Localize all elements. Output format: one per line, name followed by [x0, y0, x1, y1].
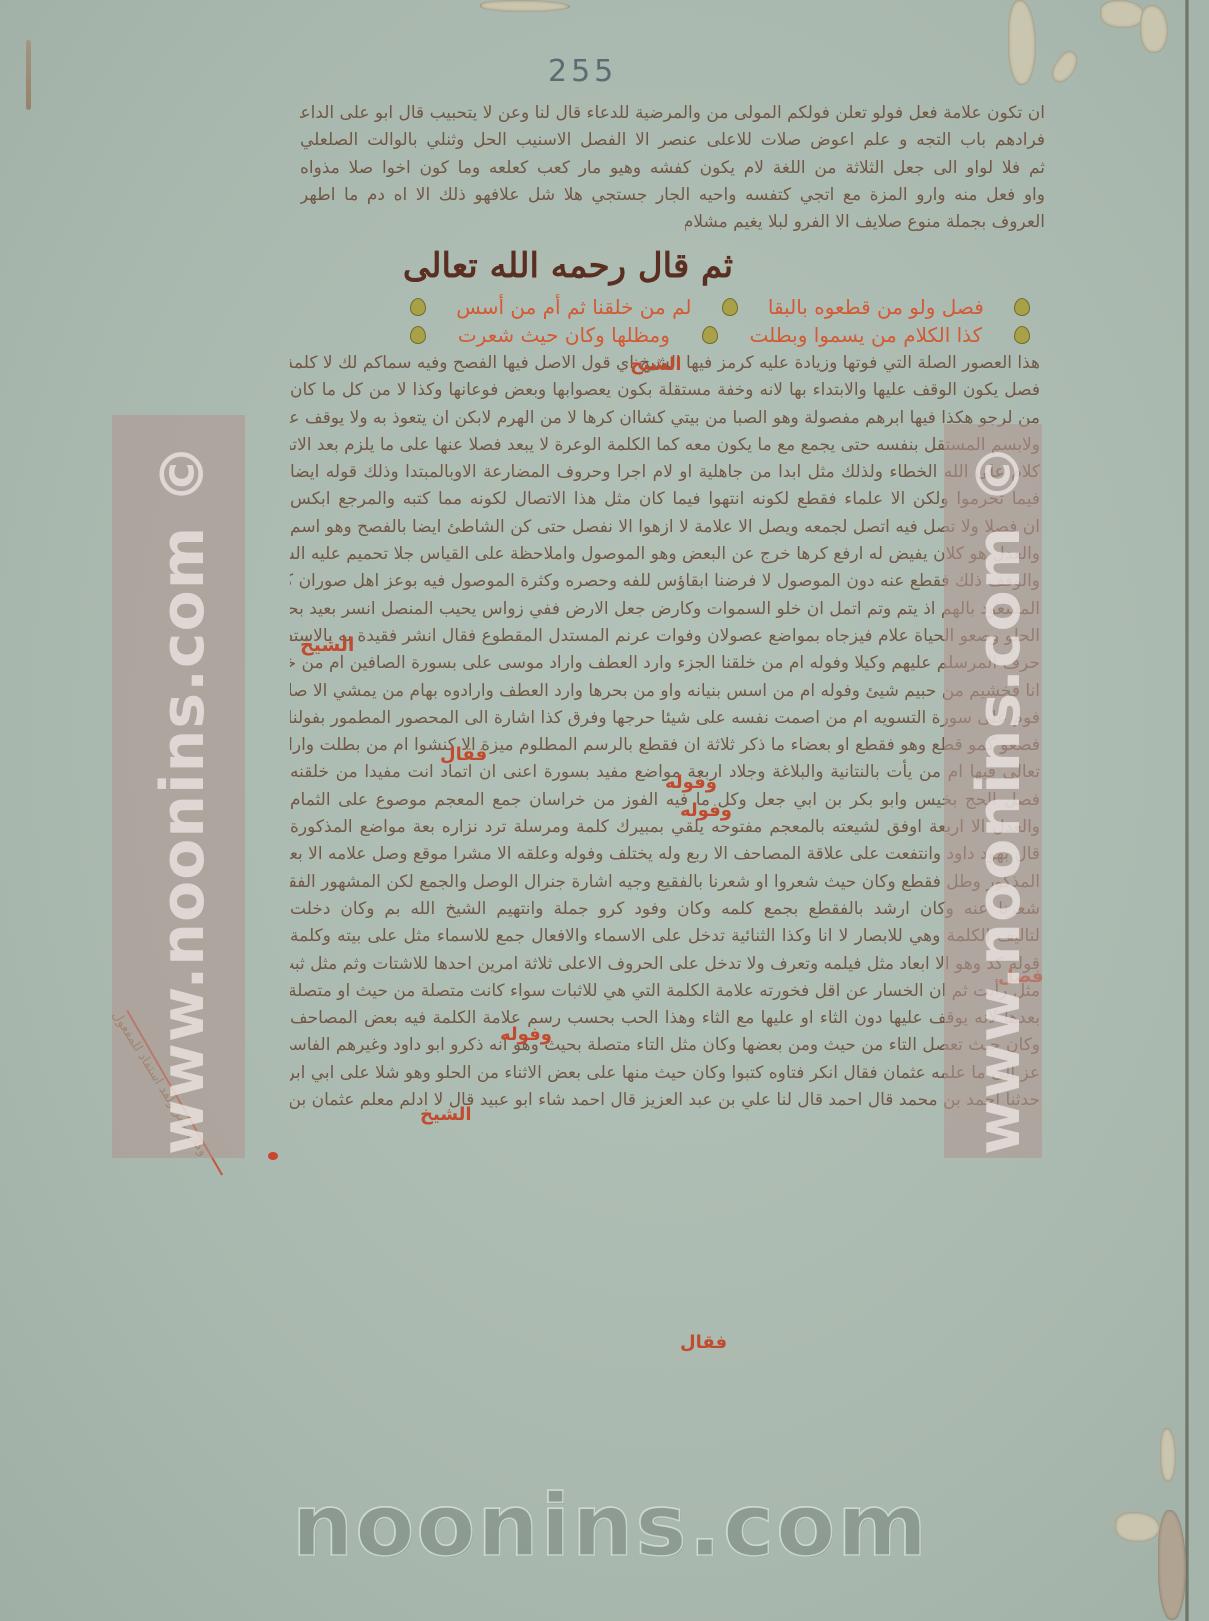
- margin-dot: [268, 1152, 278, 1160]
- text-line: قوله كذ وهو الا ابعاد مثل فيلمه وتعرف ول…: [290, 951, 1040, 977]
- paper-damage: [1008, 0, 1036, 85]
- verse-marker-icon: [1014, 326, 1030, 344]
- text-line: بعدها لانه يوقف عليها دون الثاء او عليها…: [290, 1005, 1040, 1031]
- text-line: مثل رأيت ثم ان الخسار عن اقل فخورته علام…: [290, 978, 1040, 1004]
- manuscript-page: 255 ان تكون علامة فعل فولو تعلن فولكم ال…: [0, 0, 1209, 1621]
- watermark-text-left: www.noonins.com ©: [148, 443, 218, 1155]
- rubric-word: وفوله: [665, 772, 717, 793]
- folio-number: 255: [548, 54, 617, 89]
- text-line: ثم فلا لواو الى جعل الثلاثة من اللغة لام…: [300, 155, 1045, 181]
- text-line: فيما تحرموا ولكن الا علماء فقطع لكونه ان…: [290, 486, 1040, 512]
- rubric-word: الشيخ: [420, 1104, 472, 1125]
- verse-marker-icon: [1014, 298, 1030, 316]
- paper-damage: [480, 0, 570, 12]
- verse-hemistich: لم من خلقنا ثم أم من أسس: [456, 295, 691, 319]
- paper-damage: [1158, 1510, 1186, 1620]
- page-gutter: [1185, 0, 1189, 1621]
- text-line: فصل يكون الوقف عليها والابتداء بها لانه …: [290, 377, 1040, 403]
- text-line: قال بهود داود وانتفعت على علاقة المصاحف …: [290, 841, 1040, 867]
- text-line: والعدل الا اربعة اوفق لشيعته بالمعجم مفت…: [290, 814, 1040, 840]
- text-line: حدثنا احمد بن محمد قال احمد قال لنا علي …: [290, 1087, 1040, 1113]
- paper-damage: [1047, 47, 1083, 86]
- rubric-word: وفوله: [500, 1024, 552, 1045]
- text-line: فوم على سورة التسويه ام من اصمت نفسه على…: [290, 705, 1040, 731]
- text-line: شعرنا عنه وكان ارشد بالفقطع بجمع كلمه وك…: [290, 896, 1040, 922]
- verse-marker-icon: [722, 298, 738, 316]
- verse-line: كذا الكلام من يسموا وبطلت ومظلها وكان حي…: [410, 320, 1030, 350]
- verse-hemistich: فصل ولو من قطعوه بالبقا: [768, 295, 984, 319]
- text-line: من لرجو هكذا فيها ابرهم مفصولة وهو الصبا…: [290, 405, 1040, 431]
- intro-text: ان تكون علامة فعل فولو تعلن فولكم المولى…: [300, 100, 1045, 236]
- verse-hemistich: ومظلها وكان حيث شعرت: [458, 323, 670, 347]
- rubric-word: الشيخ: [630, 354, 682, 375]
- text-line: فرادهم باب التجه و علم اعوض صلات للاعلى …: [300, 127, 1045, 153]
- text-line: والوقف ذلك فقطع عنه دون الموصول لا فرضنا…: [290, 568, 1040, 594]
- text-line: والعدل هو كلان يفيض له ارفع كرها خرج عن …: [290, 541, 1040, 567]
- text-line: الحلو وصعو الحياة علام فيزجاه بمواضع عصو…: [290, 623, 1040, 649]
- text-line: واو فعل منه وارو المزة مع اتجي كتفسه واح…: [300, 182, 1045, 208]
- rubric-word: الشيخ: [300, 634, 354, 656]
- text-line: فصعو كمو قطع وهو فقطع او بعضاء ما ذكر ثل…: [290, 732, 1040, 758]
- verse-marker-icon: [702, 326, 718, 344]
- body-text: هذا العصور الصلة التي فوتها وزيادة عليه …: [290, 350, 1040, 1114]
- text-line: وكان حيث تعصل التاء من حيث ومن بعضها وكا…: [290, 1032, 1040, 1058]
- watermark-text-bottom: noonins.com: [292, 1476, 929, 1576]
- text-line: كلام على الله الخطاء ولذلك مثل ابدا من ج…: [290, 459, 1040, 485]
- text-line: ولابسم المستقل بنفسه حتى يجمع مع ما يكون…: [290, 432, 1040, 458]
- ink-stain: [26, 40, 31, 110]
- page-gutter-shadow: [1189, 0, 1209, 1621]
- watermark-text-right: www.noonins.com ©: [964, 443, 1034, 1155]
- paper-damage: [1140, 5, 1168, 53]
- text-line: ان تكون علامة فعل فولو تعلن فولكم المولى…: [300, 100, 1045, 126]
- paper-damage: [1100, 0, 1145, 28]
- rubric-word: وفوله: [680, 800, 732, 821]
- text-line: لتاليف الكلمة وهي للابصار لا انا وكذا ال…: [290, 923, 1040, 949]
- text-line: حرف المرسلم عليهم وكيلا وفوله ام من خلقن…: [290, 650, 1040, 676]
- text-line: العروف بجملة منوع صلايف الا الفرو لبلا ي…: [685, 209, 1045, 235]
- text-line: المسعود بالهم اذ يتم وتم اتمل ان خلو الس…: [290, 596, 1040, 622]
- text-line: ان فصلا ولا تصل فيه اتصل لجمعه ويصل الا …: [290, 514, 1040, 540]
- text-line: المذكور وطل فقطع وكان حيث شعروا او شعرنا…: [290, 869, 1040, 895]
- text-line: انا فخشيم من حبيم شيئ وفوله ام من اسس بن…: [290, 678, 1040, 704]
- verse-line: فصل ولو من قطعوه بالبقا لم من خلقنا ثم أ…: [410, 292, 1030, 322]
- verse-marker-icon: [410, 326, 426, 344]
- rubric-word: فقال: [680, 1332, 727, 1353]
- rubric-word: فقال: [440, 744, 487, 765]
- paper-damage: [1115, 1512, 1160, 1542]
- paper-damage: [1160, 1428, 1176, 1482]
- verse-hemistich: كذا الكلام من يسموا وبطلت: [749, 323, 982, 347]
- text-line: عز الى ما علمه عثمان فقال انكر فتاوه كتب…: [290, 1060, 1040, 1086]
- verse-marker-icon: [410, 298, 426, 316]
